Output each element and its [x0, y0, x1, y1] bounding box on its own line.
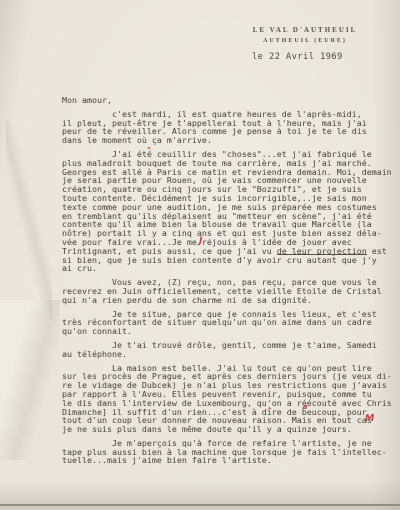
paragraph: Je t'ai trouvé drôle, gentil, comme je t…: [62, 341, 400, 359]
paragraph: Vous avez, (Z) reçu, non, pas reçu, parc…: [62, 278, 400, 304]
paragraph: J'ai été ceuillir des "choses"...et j'ai…: [62, 150, 400, 273]
paragraph: La maison est belle. J'ai lu tout ce qu'…: [62, 364, 400, 434]
letter-page: LE VAL D'AUTHEUIL AUTHEUIL (EURE) le 22 …: [0, 0, 400, 510]
text-line: qu'on connait.: [62, 327, 400, 336]
letterhead: LE VAL D'AUTHEUIL AUTHEUIL (EURE): [230, 26, 380, 44]
letterhead-line2: AUTHEUIL (EURE): [230, 38, 380, 44]
paragraph: Je te situe, parce que je connais les li…: [62, 310, 400, 336]
scan-bottom-edge: [0, 504, 400, 506]
text-line: au téléphone.: [62, 350, 400, 359]
text-line: dans le moment où ça m'arrive.: [62, 136, 400, 145]
paper-crease: [0, 300, 60, 460]
text-line: si bien, que je suis bien contente d'y a…: [62, 256, 400, 265]
handwritten-correction-mark: ^: [267, 407, 272, 416]
handwritten-correction-mark: M: [364, 414, 374, 423]
letterhead-line1: LE VAL D'AUTHEUIL: [230, 26, 380, 34]
paper-crease: [6, 120, 52, 320]
text-line: qui n'a rien perdu de son charme ni de s…: [62, 296, 400, 305]
paragraph: c'est mardi, il est quatre heures de l'a…: [62, 110, 400, 145]
handwritten-correction-mark: a: [303, 403, 308, 412]
text-line: Mon amour,: [62, 96, 400, 105]
text-line: ai cru.: [62, 264, 400, 273]
salutation: Mon amour,: [62, 96, 400, 105]
text-line: je ne suis plus dans le même doute qu'il…: [62, 425, 400, 434]
text-line: tuelle...mais j'aime bien faire l'artist…: [62, 456, 400, 465]
paragraph: Je m'aperçois qu'à force de refaire l'ar…: [62, 439, 400, 465]
letter-body: Mon amour, c'est mardi, il est quatre he…: [62, 96, 400, 470]
date-line: le 22 Avril 1969: [252, 52, 343, 62]
